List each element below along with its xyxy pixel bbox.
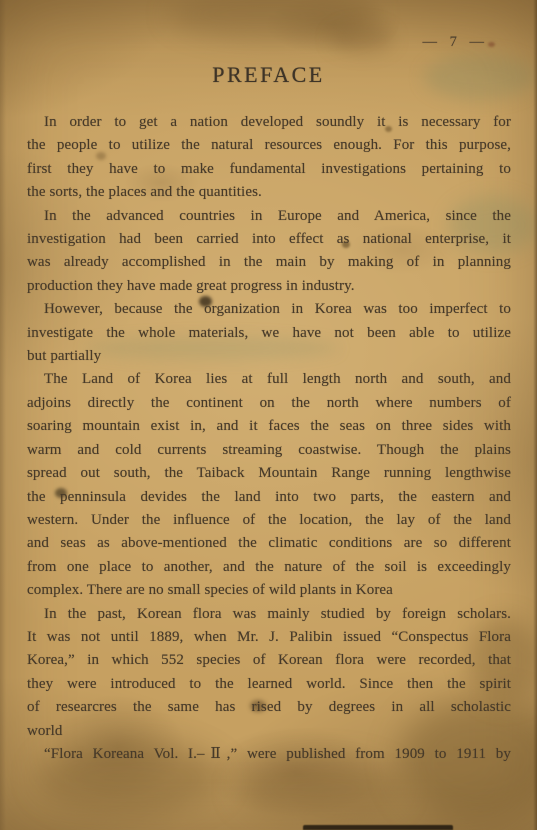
text-line: first they have to make fundamental inve… [27, 158, 511, 181]
page-edge-shadow [0, 0, 6, 830]
text-line: warm and cold currents streaming coastwi… [27, 439, 511, 462]
paper-stain [168, 0, 378, 40]
text-line: soaring mountain exist in, and it faces … [27, 415, 511, 438]
text-line: was already accomplished in the main by … [27, 251, 511, 274]
text-line: and seas as above-mentioned the climatic… [27, 532, 511, 555]
paper-stain [238, 758, 403, 820]
page-title: PREFACE [0, 62, 537, 88]
text-line: The Land of Korea lies at full length no… [27, 368, 511, 391]
text-line: In the past, Korean flora was mainly stu… [27, 603, 511, 626]
text-line: investigation had been carried into effe… [27, 228, 511, 251]
text-line: In the advanced countries in Europe and … [27, 205, 511, 228]
scan-artifact-bar [303, 825, 453, 830]
text-line: production they have made great progress… [27, 275, 511, 298]
text-line: western. Under the influence of the loca… [27, 509, 511, 532]
text-line: investigate the whole materials, we have… [27, 322, 511, 345]
text-line: of researcres the same has rised by degr… [27, 696, 511, 719]
text-line: However, because the organization in Kor… [27, 298, 511, 321]
text-line: from one place to another, and the natur… [27, 556, 511, 579]
page-number: — 7 — [423, 34, 486, 51]
text-line: In order to get a nation developed sound… [27, 111, 511, 134]
text-line: the sorts, the places and the quantities… [27, 181, 511, 204]
text-line: Korea,” in which 552 species of Korean f… [27, 649, 511, 672]
text-line: spread out south, the Taiback Mountain R… [27, 462, 511, 485]
text-line: It was not until 1889, when Mr. J. Palib… [27, 626, 511, 649]
text-line: “Flora Koreana Vol. I.–Ⅱ,” were publishe… [27, 743, 511, 766]
text-line: but partially [27, 345, 511, 368]
ink-speck [488, 42, 495, 47]
scanned-page: — 7 — PREFACE In order to get a nation d… [0, 0, 537, 830]
text-line: the people to utilize the natural resour… [27, 134, 511, 157]
preface-body: In order to get a nation developed sound… [27, 111, 511, 766]
text-line: world [27, 720, 511, 743]
page-edge-shadow [533, 0, 537, 830]
text-line: complex. There are no small species of w… [27, 579, 511, 602]
text-line: they were introduced to the learned worl… [27, 673, 511, 696]
text-line: the penninsula devides the land into two… [27, 486, 511, 509]
paper-stain [330, 24, 394, 54]
text-line: adjoins directly the continent on the no… [27, 392, 511, 415]
